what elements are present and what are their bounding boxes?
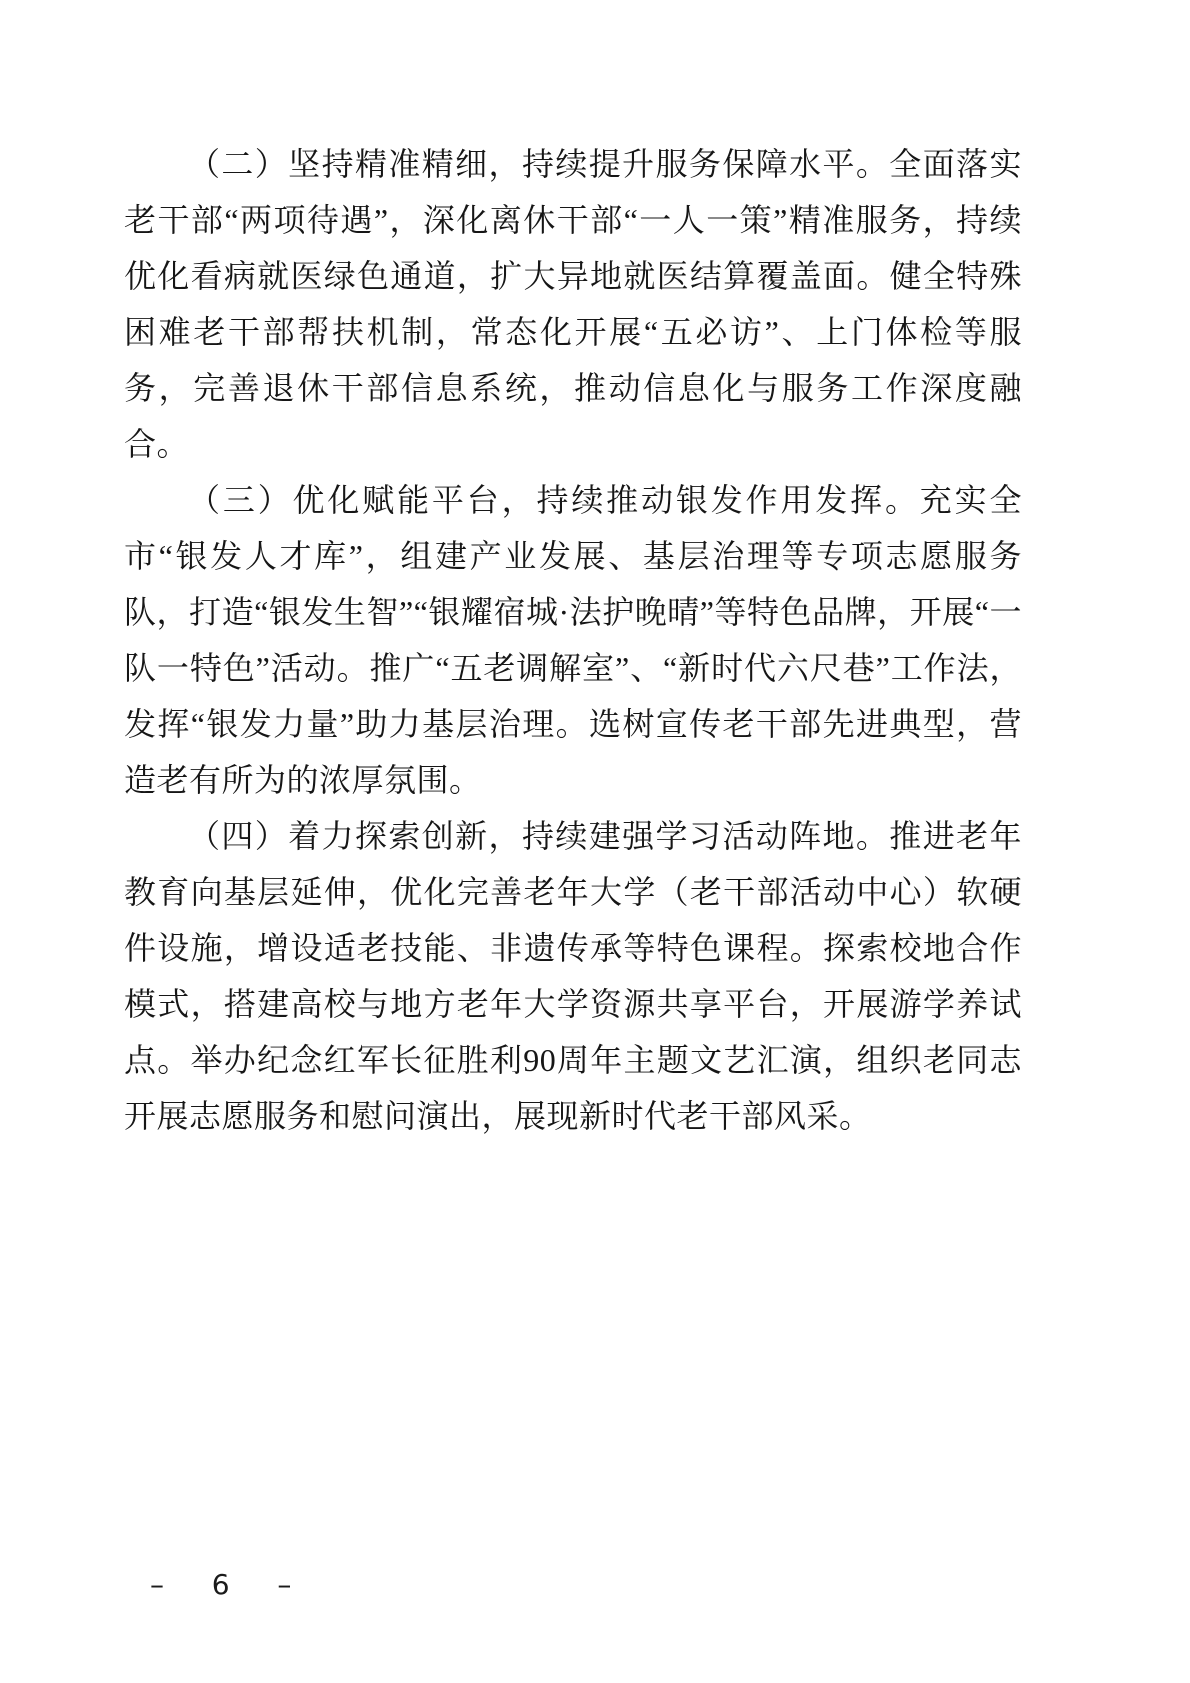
- paragraph-item-4: （四）着力探索创新，持续建强学习活动阵地。推进老年教育向基层延伸，优化完善老年大…: [124, 808, 1022, 1144]
- document-body: （二）坚持精准精细，持续提升服务保障水平。全面落实老干部“两项待遇”，深化离休干…: [124, 136, 1022, 1144]
- paragraph-item-2: （二）坚持精准精细，持续提升服务保障水平。全面落实老干部“两项待遇”，深化离休干…: [124, 136, 1022, 472]
- paragraph-item-3: （三）优化赋能平台，持续推动银发作用发挥。充实全市“银发人才库”，组建产业发展、…: [124, 472, 1022, 808]
- document-page: （二）坚持精准精细，持续提升服务保障水平。全面落实老干部“两项待遇”，深化离休干…: [0, 0, 1190, 1683]
- page-number: – 6 –: [150, 1568, 301, 1601]
